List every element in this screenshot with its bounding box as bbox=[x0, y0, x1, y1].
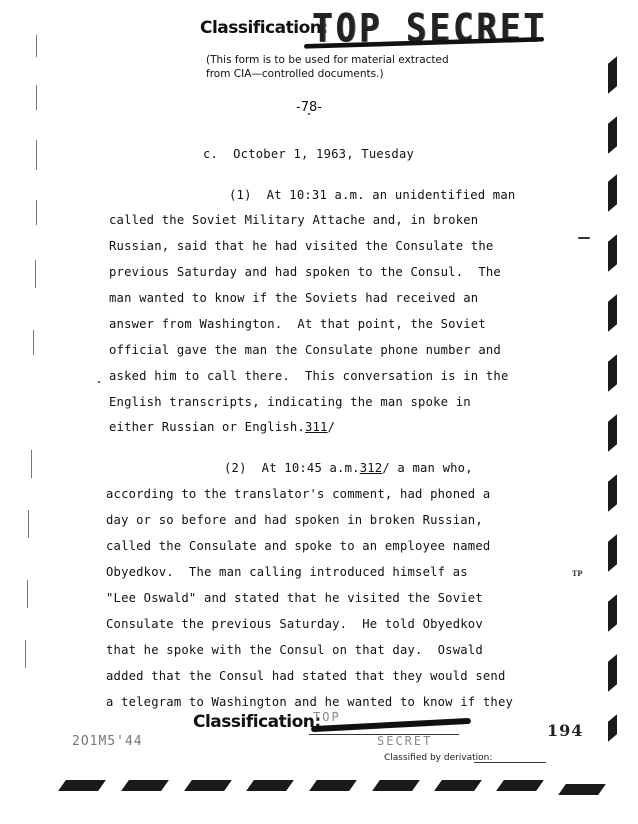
paragraph-2-first-pre: (2) At 10:45 a.m. bbox=[224, 461, 360, 475]
form-note-line-1: (This form is to be used for material ex… bbox=[206, 53, 486, 67]
border-tick bbox=[309, 780, 357, 791]
stamp-ghost-bottom: SECRET bbox=[377, 734, 432, 748]
document-page: Classification: TOP SECRET (This form is… bbox=[0, 0, 638, 824]
margin-mark bbox=[31, 450, 32, 478]
border-tick bbox=[608, 234, 617, 272]
section-heading: c. October 1, 1963, Tuesday bbox=[203, 147, 414, 161]
margin-mark bbox=[36, 35, 37, 57]
border-tick bbox=[608, 534, 617, 572]
margin-mark bbox=[25, 640, 26, 668]
paragraph-2-line-9: added that the Consul had stated that th… bbox=[106, 669, 506, 683]
margin-mark bbox=[28, 510, 29, 538]
document-number: 194 bbox=[547, 721, 583, 740]
border-tick bbox=[608, 56, 617, 94]
classified-by-blank bbox=[474, 762, 546, 763]
border-tick bbox=[121, 780, 169, 791]
footnote-311: 311 bbox=[305, 420, 328, 434]
footnote-312: 312 bbox=[360, 461, 383, 475]
speck bbox=[308, 113, 310, 115]
border-tick bbox=[608, 354, 617, 392]
footer-classification-label: Classification: bbox=[193, 712, 321, 732]
paragraph-1-line-9: English transcripts, indicating the man … bbox=[109, 395, 471, 409]
footnote-311-slash: / bbox=[328, 420, 336, 434]
header-classification-label: Classification: bbox=[200, 18, 328, 38]
paragraph-2-line-6: "Lee Oswald" and stated that he visited … bbox=[106, 591, 483, 605]
paragraph-2-line-7: Consulate the previous Saturday. He told… bbox=[106, 617, 483, 631]
footer-classification-stamp: TOP SECRET bbox=[305, 712, 470, 752]
paragraph-2-line-3: day or so before and had spoken in broke… bbox=[106, 513, 483, 527]
paragraph-2-line-8: that he spoke with the Consul on that da… bbox=[106, 643, 483, 657]
margin-mark bbox=[35, 260, 36, 288]
border-tick bbox=[184, 780, 232, 791]
paragraph-1-last-text: either Russian or English. bbox=[109, 420, 305, 434]
border-tick bbox=[558, 784, 606, 795]
speck bbox=[578, 237, 590, 239]
paragraph-1-line-6: answer from Washington. At that point, t… bbox=[109, 317, 486, 331]
border-tick bbox=[246, 780, 294, 791]
paragraph-1-line-3: Russian, said that he had visited the Co… bbox=[109, 239, 493, 253]
paragraph-1-line-5: man wanted to know if the Soviets had re… bbox=[109, 291, 478, 305]
paragraph-2-line-5: Obyedkov. The man calling introduced him… bbox=[106, 565, 468, 579]
paragraph-1-line-4: previous Saturday and had spoken to the … bbox=[109, 265, 501, 279]
paragraph-2-first-post: / a man who, bbox=[382, 461, 472, 475]
stamp-ghost-top: TOP bbox=[313, 710, 341, 724]
border-tick bbox=[608, 474, 617, 512]
margin-mark bbox=[33, 330, 34, 355]
form-note: (This form is to be used for material ex… bbox=[206, 53, 486, 81]
paragraph-2-line-2: according to the translator's comment, h… bbox=[106, 487, 490, 501]
paragraph-1-line-8: asked him to call there. This conversati… bbox=[109, 369, 509, 383]
document-id: 2O1M5'44 bbox=[72, 734, 143, 749]
border-tick bbox=[608, 116, 617, 154]
border-tick bbox=[608, 294, 617, 332]
paragraph-1-line-7: official gave the man the Consulate phon… bbox=[109, 343, 501, 357]
top-secret-stamp: TOP SECRET bbox=[312, 6, 547, 52]
border-tick bbox=[608, 414, 617, 452]
paragraph-2-line-4: called the Consulate and spoke to an emp… bbox=[106, 539, 490, 553]
border-tick bbox=[58, 780, 106, 791]
form-note-line-2: from CIA—controlled documents.) bbox=[206, 67, 486, 81]
margin-mark bbox=[36, 200, 37, 225]
paragraph-2-line-1: (2) At 10:45 a.m.312/ a man who, bbox=[224, 461, 473, 475]
margin-tp-mark: TP bbox=[572, 569, 582, 578]
border-tick bbox=[372, 780, 420, 791]
border-tick bbox=[608, 174, 617, 212]
paragraph-2-line-10: a telegram to Washington and he wanted t… bbox=[106, 695, 513, 709]
border-tick bbox=[434, 780, 482, 791]
border-tick bbox=[608, 714, 617, 742]
margin-mark bbox=[36, 85, 37, 110]
paragraph-1-line-2: called the Soviet Military Attache and, … bbox=[109, 213, 478, 227]
paragraph-1-line-10: either Russian or English.311/ bbox=[109, 420, 335, 434]
border-tick bbox=[608, 654, 617, 692]
paragraph-1-line-1: (1) At 10:31 a.m. an unidentified man bbox=[229, 188, 515, 202]
margin-mark bbox=[27, 580, 28, 608]
border-tick bbox=[608, 594, 617, 632]
speck bbox=[98, 381, 100, 383]
margin-mark bbox=[36, 140, 37, 170]
border-tick bbox=[496, 780, 544, 791]
